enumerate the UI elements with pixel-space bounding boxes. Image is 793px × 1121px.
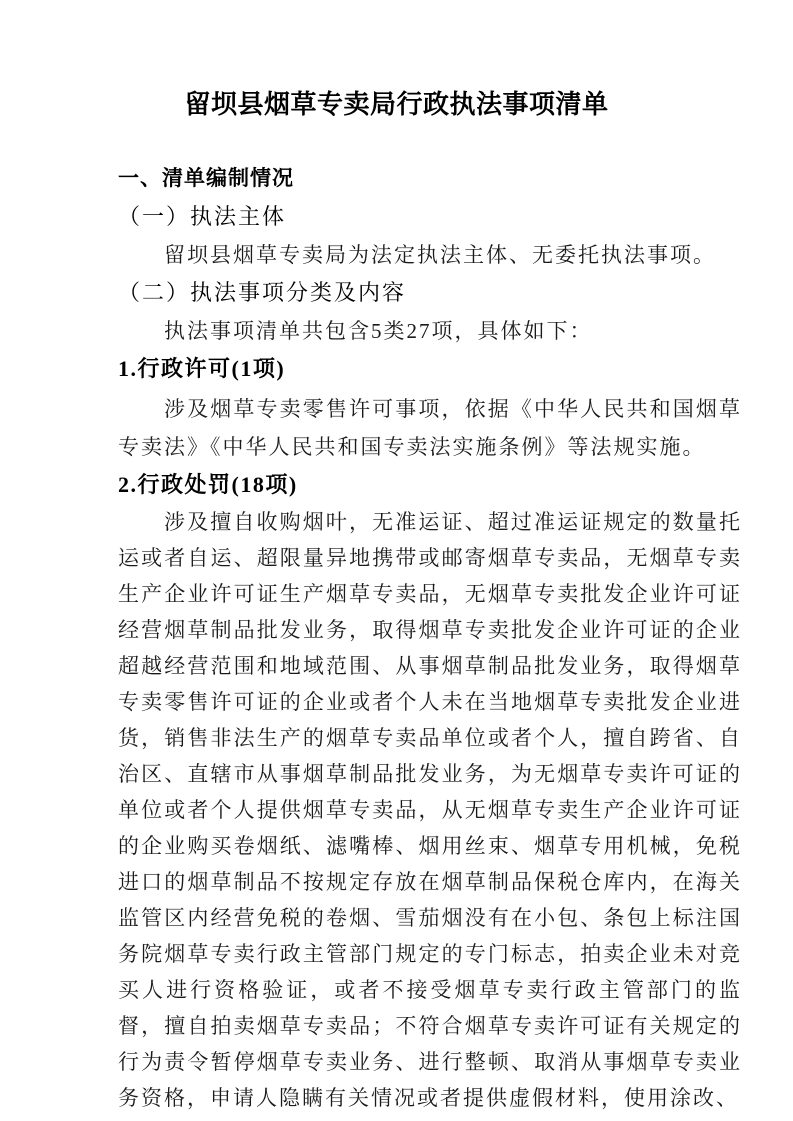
- paragraph-administrative-licensing: 涉及烟草专卖零售许可事项，依据《中华人民共和国烟草专卖法》《中华人民共和国专卖法…: [118, 390, 742, 466]
- subsection-heading-enforcement-subject: （一）执法主体: [118, 198, 742, 236]
- paragraph-administrative-penalty: 涉及擅自收购烟叶，无准运证、超过准运证规定的数量托运或者自运、超限量异地携带或邮…: [118, 504, 742, 1116]
- item-heading-administrative-licensing: 1.行政许可(1项): [118, 350, 742, 388]
- item-heading-administrative-penalty: 2.行政处罚(18项): [118, 466, 742, 504]
- section-heading-list-compilation: 一、清单编制情况: [118, 160, 742, 198]
- document-page: 留坝县烟草专卖局行政执法事项清单 一、清单编制情况 （一）执法主体 留坝县烟草专…: [0, 0, 793, 1121]
- document-title: 留坝县烟草专卖局行政执法事项清单: [0, 86, 793, 124]
- document-body: 一、清单编制情况 （一）执法主体 留坝县烟草专卖局为法定执法主体、无委托执法事项…: [0, 160, 793, 1116]
- paragraph-enforcement-subject: 留坝县烟草专卖局为法定执法主体、无委托执法事项。: [118, 236, 742, 274]
- paragraph-item-classification: 执法事项清单共包含5类27项，具体如下：: [118, 312, 742, 350]
- subsection-heading-item-classification: （二）执法事项分类及内容: [118, 274, 742, 312]
